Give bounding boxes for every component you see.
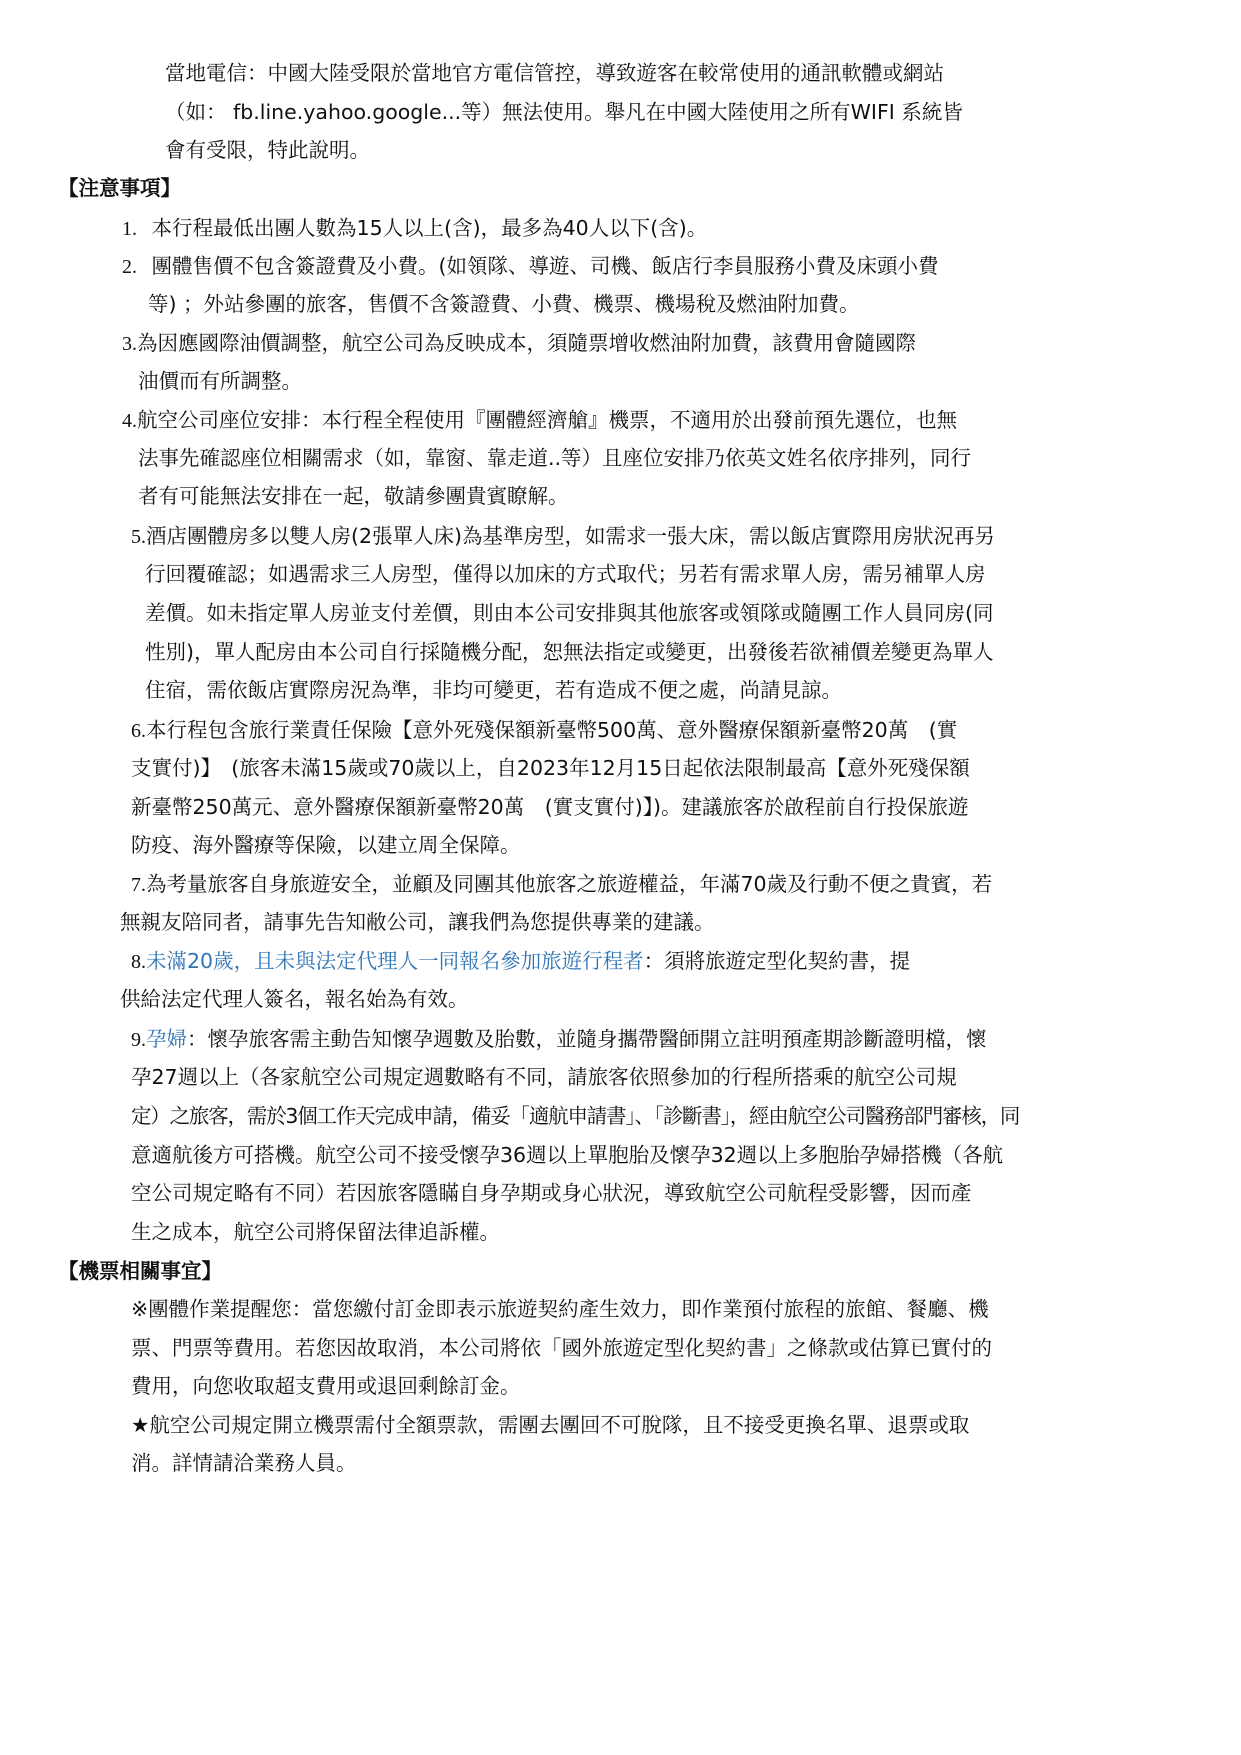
item-text-cont: 無親友陪同者，請事先告知敝公司，讓我們為您提供專業的建議。 — [120, 908, 715, 936]
intro-line: 當地電信：中國大陸受限於當地官方電信管控，導致遊客在較常使用的通訊軟體或網站 — [165, 59, 944, 87]
item-text: 為因應國際油價調整，航空公司為反映成本，須隨票增收燃油附加費，該費用會隨國際 — [137, 331, 916, 355]
item-text-cont: 定）之旅客，需於3個工作天完成申請，備妥「適航申請書」、「診斷書」，經由航空公司… — [131, 1102, 1019, 1130]
item-text-cont: 新臺幣250萬元、意外醫療保額新臺幣20萬 (實支實付)】)。建議旅客於啟程前自… — [131, 793, 968, 821]
list-item: 7.為考量旅客自身旅遊安全，並顧及同團其他旅客之旅遊權益，年滿70歲及行動不便之… — [131, 870, 992, 899]
ticket-paragraph-line: ※團體作業提醒您：當您繳付訂金即表示旅遊契約產生效力，即作業預付旅程的旅館、餐廳… — [131, 1295, 989, 1323]
item-number: 8. — [131, 951, 146, 973]
item-text-cont: 法事先確認座位相關需求（如，靠窗、靠走道..等）且座位安排乃依英文姓名依序排列，… — [138, 444, 971, 472]
ticket-paragraph-line: ★航空公司規定開立機票需付全額票款，需團去團回不可脫隊，且不接受更換名單、退票或… — [131, 1411, 969, 1439]
item-text-cont: 孕27週以上（各家航空公司規定週數略有不同，請旅客依照參加的行程所搭乘的航空公司… — [131, 1063, 957, 1091]
item-number: 6. — [131, 720, 146, 742]
item-text-cont: 支實付)】 (旅客未滿15歲或70歲以上，自2023年12月15日起依法限制最高… — [131, 754, 970, 782]
item-text-cont: 行回覆確認；如遇需求三人房型，僅得以加床的方式取代；另若有需求單人房，需另補單人… — [145, 560, 986, 588]
item-text: ：懷孕旅客需主動告知懷孕週數及胎數，並隨身攜帶醫師開立註明預產期診斷證明檔，懷 — [187, 1027, 987, 1051]
item-text-cont: 供給法定代理人簽名，報名始為有效。 — [120, 985, 469, 1013]
item-text: 為考量旅客自身旅遊安全，並顧及同團其他旅客之旅遊權益，年滿70歲及行動不便之貴賓… — [146, 872, 992, 896]
list-item: 1. 本行程最低出團人數為15人以上(含)，最多為40人以下(含)。 — [122, 214, 707, 243]
item-text-cont: 油價而有所調整。 — [138, 367, 302, 395]
highlight-text-pregnant: 孕婦 — [146, 1027, 187, 1051]
item-text: 酒店團體房多以雙人房(2張單人床)為基準房型，如需求一張大床，需以飯店實際用房狀… — [146, 524, 995, 548]
ticket-paragraph-line: 消。詳情請洽業務人員。 — [131, 1449, 357, 1477]
item-text-cont: 住宿，需依飯店實際房況為準，非均可變更，若有造成不便之處，尚請見諒。 — [145, 676, 842, 704]
item-text-cont: 者有可能無法安排在一起，敬請參團貴賓瞭解。 — [138, 482, 569, 510]
ticket-paragraph-line: 票、門票等費用。若您因故取消，本公司將依「國外旅遊定型化契約書」之條款或估算已實… — [131, 1334, 992, 1362]
item-text-cont: 空公司規定略有不同）若因旅客隱瞞自身孕期或身心狀況，導致航空公司航程受影響，因而… — [131, 1179, 972, 1207]
item-text-cont: 差價。如未指定單人房並支付差價，則由本公司安排與其他旅客或領隊或隨團工作人員同房… — [145, 599, 994, 627]
item-text-cont: 生之成本，航空公司將保留法律追訴權。 — [131, 1218, 500, 1246]
list-item: 4.航空公司座位安排：本行程全程使用『團體經濟艙』機票，不適用於出發前預先選位，… — [122, 406, 957, 435]
item-text: 本行程最低出團人數為15人以上(含)，最多為40人以下(含)。 — [152, 216, 708, 240]
item-text-cont: 意適航後方可搭機。航空公司不接受懷孕36週以上單胞胎及懷孕32週以上多胞胎孕婦搭… — [131, 1141, 1003, 1169]
list-item: 8.未滿20歲，且未與法定代理人一同報名參加旅遊行程者：須將旅遊定型化契約書，提 — [131, 947, 910, 976]
list-item: 5.酒店團體房多以雙人房(2張單人床)為基準房型，如需求一張大床，需以飯店實際用… — [131, 522, 995, 551]
item-text: 本行程包含旅行業責任保險【意外死殘保額新臺幣500萬、意外醫療保額新臺幣20萬 … — [146, 718, 957, 742]
list-item: 9.孕婦：懷孕旅客需主動告知懷孕週數及胎數，並隨身攜帶醫師開立註明預產期診斷證明… — [131, 1025, 987, 1054]
item-number: 1. — [122, 218, 137, 240]
section-heading-notes: 【注意事項】 — [58, 174, 181, 202]
item-number: 2. — [122, 256, 137, 278]
highlight-text-minors: 未滿20歲，且未與法定代理人一同報名參加旅遊行程者 — [146, 949, 644, 973]
list-item: 3.為因應國際油價調整，航空公司為反映成本，須隨票增收燃油附加費，該費用會隨國際 — [122, 329, 916, 358]
item-text: ：須將旅遊定型化契約書，提 — [644, 949, 911, 973]
item-text-cont: 防疫、海外醫療等保險，以建立周全保障。 — [131, 831, 521, 859]
item-number: 9. — [131, 1029, 146, 1051]
item-text-cont: 等) ；外站參團的旅客，售價不含簽證費、小費、機票、機場稅及燃油附加費。 — [148, 290, 860, 318]
list-item: 6.本行程包含旅行業責任保險【意外死殘保額新臺幣500萬、意外醫療保額新臺幣20… — [131, 716, 957, 745]
item-number: 3. — [122, 333, 137, 355]
item-number: 7. — [131, 874, 146, 896]
item-text: 航空公司座位安排：本行程全程使用『團體經濟艙』機票，不適用於出發前預先選位，也無 — [137, 408, 957, 432]
item-text: 團體售價不包含簽證費及小費。(如領隊、導遊、司機、飯店行李員服務小費及床頭小費 — [152, 254, 939, 278]
item-number: 5. — [131, 526, 146, 548]
intro-line: （如： fb.line.yahoo.google...等）無法使用。舉凡在中國大… — [165, 98, 963, 126]
section-heading-tickets: 【機票相關事宜】 — [58, 1257, 222, 1285]
item-text-cont: 性別)，單人配房由本公司自行採隨機分配，恕無法指定或變更，出發後若欲補價差變更為… — [145, 638, 994, 666]
list-item: 2. 團體售價不包含簽證費及小費。(如領隊、導遊、司機、飯店行李員服務小費及床頭… — [122, 252, 939, 281]
ticket-paragraph-line: 費用，向您收取超支費用或退回剩餘訂金。 — [131, 1372, 521, 1400]
intro-line: 會有受限，特此說明。 — [165, 136, 370, 164]
item-number: 4. — [122, 410, 137, 432]
